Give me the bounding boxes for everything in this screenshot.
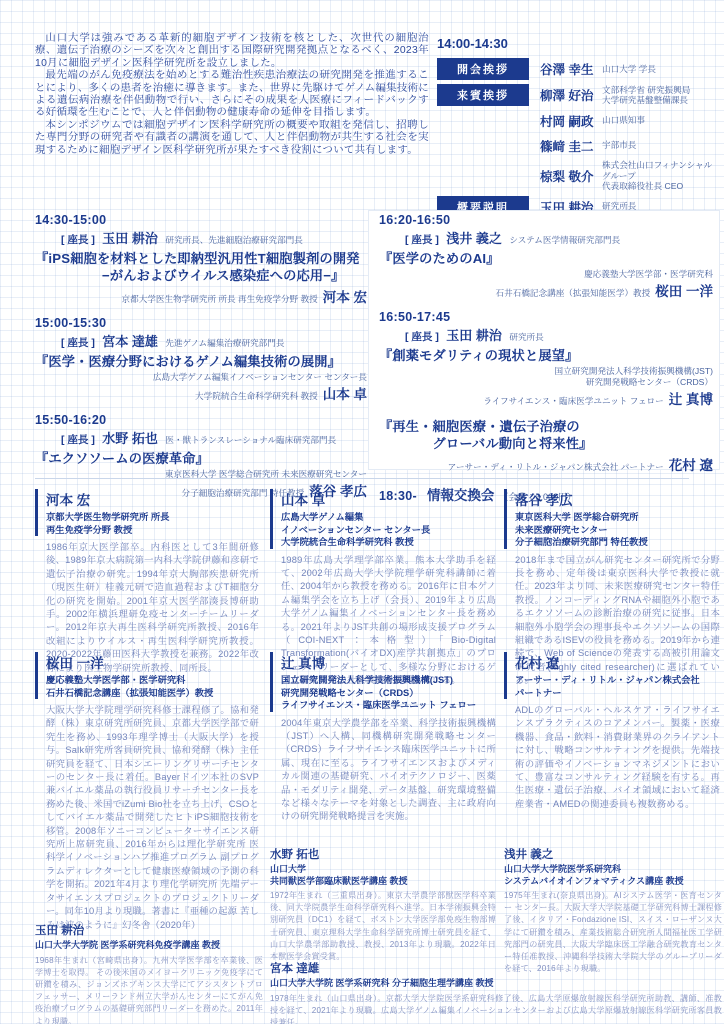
bio-tsuji: 辻 真博 国立研究開発法人科学技術振興機構(JST) 研究開発戦略センター（CR… xyxy=(270,652,496,824)
speaker-affiliation: アーサー・ディ・リトル・ジャパン株式会社 パートナー xyxy=(448,462,664,472)
person-name: 篠﨑 圭二 xyxy=(540,137,602,155)
session-block: 16:50-17:45 [ 座長 ] 玉田 耕治 研究所長 『創薬モダリティの現… xyxy=(379,310,713,409)
opening-label-badge: 開会挨拶 xyxy=(437,58,529,80)
talk-title: 『iPS細胞を材料とした即納型汎用性T細胞製剤の開発 −がんおよびウイルス感染症… xyxy=(35,250,367,284)
bio-affiliation: 慶応義塾大学医学部・医学研究科 石井石橋記念講座（拡張知能医学）教授 xyxy=(46,674,259,699)
speaker-affiliation: 国立研究開発法人科学技術振興機構(JST) 研究開発戦略センター（CRDS） xyxy=(379,366,713,388)
bio-text: 1972年生まれ（三重県出身）。東京大学農学部獣医学科卒業後、同大学院農学生命科… xyxy=(270,890,496,963)
chair-name: 宮本 達雄 xyxy=(102,334,158,349)
chair-title: 研究所長 xyxy=(509,332,543,342)
bio-hanamura: 花村 遼 アーサー・ディ・リトル・ジャパン株式会社 パートナー ADLのグローバ… xyxy=(504,652,720,811)
session-block: 16:20-16:50 [ 座長 ] 浅井 義之 システム医学情報研究部門長 『… xyxy=(379,213,713,301)
session-time: 15:50-16:20 xyxy=(35,413,367,427)
person-title: 山口大学 学長 xyxy=(602,64,656,75)
speaker-block: 広島大学ゲノム編集イノベーションセンター センター長 大学院統合生命科学研究科 … xyxy=(35,372,367,404)
session-time: 16:50-17:45 xyxy=(379,310,713,324)
bio-name: 花村 遼 xyxy=(515,652,720,672)
chair-line: [ 座長 ] 水野 拓也 医・獣トランスレーショナル臨床研究部門長 xyxy=(61,428,367,448)
person-title: 山口県知事 xyxy=(602,115,645,126)
program-column-right: 16:20-16:50 [ 座長 ] 浅井 義之 システム医学情報研究部門長 『… xyxy=(379,213,713,504)
bio-header: 花村 遼 アーサー・ディ・リトル・ジャパン株式会社 パートナー xyxy=(504,652,720,699)
chair-prefix: [ 座長 ] xyxy=(61,234,95,246)
intro-paragraph: 本シンポジウムでは細胞デザイン医科学研究所の概要や取組を発信し、招聘した専門分野… xyxy=(35,120,429,157)
person-name: 谷澤 幸生 xyxy=(540,60,602,78)
speaker-affiliation: 京都大学医生物学研究所 所長 再生免疫学分野 教授 xyxy=(122,294,318,304)
chair-title: 研究所長、先進細胞治療研究部門長 xyxy=(165,235,303,245)
person-title: 株式会社山口フィナンシャルグループ 代表取締役社長 CEO xyxy=(602,160,717,192)
bio-header: 水野 拓也 山口大学 共同獣医学部臨床獣医学講座 教授 xyxy=(270,846,496,887)
opening-row: 椋梨 敬介 株式会社山口フィナンシャルグループ 代表取締役社長 CEO xyxy=(437,160,717,192)
chair-name: 浅井 義之 xyxy=(446,231,502,246)
session-block: 15:50-16:20 [ 座長 ] 水野 拓也 医・獣トランスレーショナル臨床… xyxy=(35,413,367,501)
chair-line: [ 座長 ] 浅井 義之 システム医学情報研究部門長 xyxy=(405,228,713,248)
bio-header: 山本 卓 広島大学ゲノム編集 イノベーションセンター センター長 大学院統合生命… xyxy=(270,489,496,549)
speaker-name: 辻 真博 xyxy=(669,392,713,407)
opening-schedule: 14:00-14:30 開会挨拶 谷澤 幸生 山口大学 学長 来賓挨拶 柳澤 好… xyxy=(437,36,717,222)
chair-line: [ 座長 ] 宮本 達雄 先進ゲノム編集治療研究部門長 xyxy=(61,331,367,351)
bio-name: 桜田 一洋 xyxy=(46,652,259,672)
bio-header: 落谷 孝広 東京医科大学 医学総合研究所 未来医療研究センター 分子細胞治療研究… xyxy=(504,489,720,549)
chair-title: 医・獣トランスレーショナル臨床研究部門長 xyxy=(165,435,336,445)
session-block: 14:30-15:00 [ 座長 ] 玉田 耕治 研究所長、先進細胞治療研究部門… xyxy=(35,213,367,307)
bio-affiliation: 山口大学大学院医学系研究科 システムバイオインフォマティクス講座 教授 xyxy=(504,864,722,887)
person-name: 村岡 嗣政 xyxy=(540,112,602,130)
session-block: 『再生・細胞医療・遺伝子治療の グローバル動向と将来性』 アーサー・ディ・リトル… xyxy=(379,418,713,475)
bio-header: 玉田 耕治 山口大学大学院 医学系研究科免疫学講座 教授 xyxy=(35,922,263,952)
opening-row: 開会挨拶 谷澤 幸生 山口大学 学長 xyxy=(437,58,717,80)
bio-affiliation: 山口大学大学院 医学系研究科免疫学講座 教授 xyxy=(35,940,263,952)
bio-asai: 浅井 義之 山口大学大学院医学系研究科 システムバイオインフォマティクス講座 教… xyxy=(504,846,722,975)
speaker-affiliation: 大学院統合生命科学研究科 教授 xyxy=(195,391,318,401)
bio-mizuno: 水野 拓也 山口大学 共同獣医学部臨床獣医学講座 教授 1972年生まれ（三重県… xyxy=(270,846,496,963)
section-divider xyxy=(35,478,689,479)
symposium-program-page: 山口大学は強みである革新的細胞デザイン技術を核とした、次世代の細胞治療、遺伝子治… xyxy=(0,0,724,1024)
bio-name: 山本 卓 xyxy=(281,489,496,509)
bio-affiliation: 国立研究開発法人科学技術振興機構(JST) 研究開発戦略センター（CRDS） ラ… xyxy=(281,674,496,712)
talk-title: 『医学のためのAI』 xyxy=(379,250,713,267)
bio-header: 辻 真博 国立研究開発法人科学技術振興機構(JST) 研究開発戦略センター（CR… xyxy=(270,652,496,712)
speaker-name: 山本 卓 xyxy=(323,387,367,402)
chair-line: [ 座長 ] 玉田 耕治 研究所長 xyxy=(405,325,713,345)
speaker-affiliation: ライフサイエンス・臨床医学ユニット フェロー xyxy=(483,396,663,406)
bio-miyamoto: 宮本 達雄 山口大学大学院 医学系研究科 分子細胞生理学講座 教授 1978年生… xyxy=(270,960,722,1024)
chair-prefix: [ 座長 ] xyxy=(61,337,95,349)
chair-prefix: [ 座長 ] xyxy=(405,234,439,246)
bio-kawamoto: 河本 宏 京都大学医生物学研究所 所長 再生免疫学分野 教授 1986年京大医学… xyxy=(35,489,259,675)
speaker-block: アーサー・ディ・リトル・ジャパン株式会社 パートナー花村 遼 xyxy=(379,454,713,475)
speaker-affiliation: 広島大学ゲノム編集イノベーションセンター センター長 xyxy=(35,372,367,383)
talk-title: 『エクソソームの医療革命』 xyxy=(35,450,367,467)
person-title: 宇部市長 xyxy=(602,140,636,151)
bio-sakurada: 桜田 一洋 慶応義塾大学医学部・医学研究科 石井石橋記念講座（拡張知能医学）教授… xyxy=(35,652,259,932)
opening-label-badge: 来賓挨拶 xyxy=(437,84,529,106)
chair-name: 玉田 耕治 xyxy=(102,231,158,246)
speaker-name: 河本 宏 xyxy=(323,290,367,305)
opening-row: 篠﨑 圭二 宇部市長 xyxy=(437,135,717,156)
person-name: 柳澤 好治 xyxy=(540,86,602,104)
program-column-left: 14:30-15:00 [ 座長 ] 玉田 耕治 研究所長、先進細胞治療研究部門… xyxy=(35,213,367,510)
bio-affiliation: 京都大学医生物学研究所 所長 再生免疫学分野 教授 xyxy=(46,511,259,536)
session-time: 16:20-16:50 xyxy=(379,213,713,227)
speaker-block: 京都大学医生物学研究所 所長 再生免疫学分野 教授河本 宏 xyxy=(35,286,367,307)
opening-row: 村岡 嗣政 山口県知事 xyxy=(437,110,717,131)
bio-name: 河本 宏 xyxy=(46,489,259,509)
talk-title: 『医学・医療分野におけるゲノム編集技術の展開』 xyxy=(35,353,367,370)
bio-affiliation: アーサー・ディ・リトル・ジャパン株式会社 パートナー xyxy=(515,674,720,699)
talk-title: 『創薬モダリティの現状と展望』 xyxy=(379,347,713,364)
intro-paragraph: 最先端のがん免疫療法を始めとする難治性疾患治療法の研究開発を推進することにより、… xyxy=(35,70,429,120)
bio-header: 宮本 達雄 山口大学大学院 医学系研究科 分子細胞生理学講座 教授 xyxy=(270,960,722,990)
opening-row: 来賓挨拶 柳澤 好治 文部科学省 研究振興局 大学研究基盤整備課長 xyxy=(437,84,717,106)
speaker-affiliation: 石井石橋記念講座（拡張知能医学）教授 xyxy=(496,288,651,298)
chair-prefix: [ 座長 ] xyxy=(61,434,95,446)
bio-name: 宮本 達雄 xyxy=(270,960,722,976)
bio-header: 浅井 義之 山口大学大学院医学系研究科 システムバイオインフォマティクス講座 教… xyxy=(504,846,722,887)
bio-name: 玉田 耕治 xyxy=(35,922,263,938)
session-time: 15:00-15:30 xyxy=(35,316,367,330)
bio-header: 桜田 一洋 慶応義塾大学医学部・医学研究科 石井石橋記念講座（拡張知能医学）教授 xyxy=(35,652,259,699)
speaker-affiliation: 慶応義塾大学医学部・医学研究科 xyxy=(379,269,713,280)
bio-affiliation: 広島大学ゲノム編集 イノベーションセンター センター長 大学院統合生命科学研究科… xyxy=(281,511,496,549)
chair-prefix: [ 座長 ] xyxy=(405,331,439,343)
person-name: 椋梨 敬介 xyxy=(540,167,602,185)
opening-time: 14:00-14:30 xyxy=(437,36,717,51)
chair-name: 水野 拓也 xyxy=(102,431,158,446)
intro-section: 山口大学は強みである革新的細胞デザイン技術を核とした、次世代の細胞治療、遺伝子治… xyxy=(35,33,429,157)
bio-affiliation: 山口大学 共同獣医学部臨床獣医学講座 教授 xyxy=(270,864,496,887)
bio-text: 1978年生まれ（山口県出身）。京都大学大学院医学系研究科修了後、広島大学原爆放… xyxy=(270,993,722,1024)
chair-line: [ 座長 ] 玉田 耕治 研究所長、先進細胞治療研究部門長 xyxy=(61,228,367,248)
bio-text: 大阪大学大学院理学研究科修士課程修了。協和発酵（株）東京研究所研究員、京都大学医… xyxy=(46,704,259,932)
speaker-block: 慶応義塾大学医学部・医学研究科 石井石橋記念講座（拡張知能医学）教授桜田 一洋 xyxy=(379,269,713,301)
chair-title: 先進ゲノム編集治療研究部門長 xyxy=(165,338,284,348)
bio-text: 1968年生まれ（宮崎県出身）。九州大学医学部を卒業後、医学博士を取得。 その後… xyxy=(35,955,263,1024)
bio-name: 落谷 孝広 xyxy=(515,489,720,509)
bio-tamada: 玉田 耕治 山口大学大学院 医学系研究科免疫学講座 教授 1968年生まれ（宮崎… xyxy=(35,922,263,1024)
bio-text: ADLのグローバル・ヘルスケア・ライフサイエンスプラクティスのコアメンバー。製薬… xyxy=(515,704,720,811)
bio-name: 浅井 義之 xyxy=(504,846,722,862)
session-time: 14:30-15:00 xyxy=(35,213,367,227)
chair-name: 玉田 耕治 xyxy=(446,328,502,343)
speaker-name: 花村 遼 xyxy=(669,458,713,473)
intro-paragraph: 山口大学は強みである革新的細胞デザイン技術を核とした、次世代の細胞治療、遺伝子治… xyxy=(35,33,429,70)
speaker-name: 桜田 一洋 xyxy=(655,284,713,299)
session-block: 15:00-15:30 [ 座長 ] 宮本 達雄 先進ゲノム編集治療研究部門長 … xyxy=(35,316,367,404)
talk-title: 『再生・細胞医療・遺伝子治療の グローバル動向と将来性』 xyxy=(379,418,713,452)
bio-text: 2004年東京大学農学部を卒業、科学技術振興機構（JST）へ入構、同機構研究開発… xyxy=(281,717,496,824)
bio-name: 辻 真博 xyxy=(281,652,496,672)
speaker-block: 国立研究開発法人科学技術振興機構(JST) 研究開発戦略センター（CRDS） ラ… xyxy=(379,366,713,409)
bio-header: 河本 宏 京都大学医生物学研究所 所長 再生免疫学分野 教授 xyxy=(35,489,259,536)
chair-title: システム医学情報研究部門長 xyxy=(509,235,620,245)
bio-affiliation: 山口大学大学院 医学系研究科 分子細胞生理学講座 教授 xyxy=(270,978,722,990)
person-title: 文部科学省 研究振興局 大学研究基盤整備課長 xyxy=(602,85,690,106)
bio-affiliation: 東京医科大学 医学総合研究所 未来医療研究センター 分子細胞治療研究部門 特任教… xyxy=(515,511,720,549)
bio-name: 水野 拓也 xyxy=(270,846,496,862)
